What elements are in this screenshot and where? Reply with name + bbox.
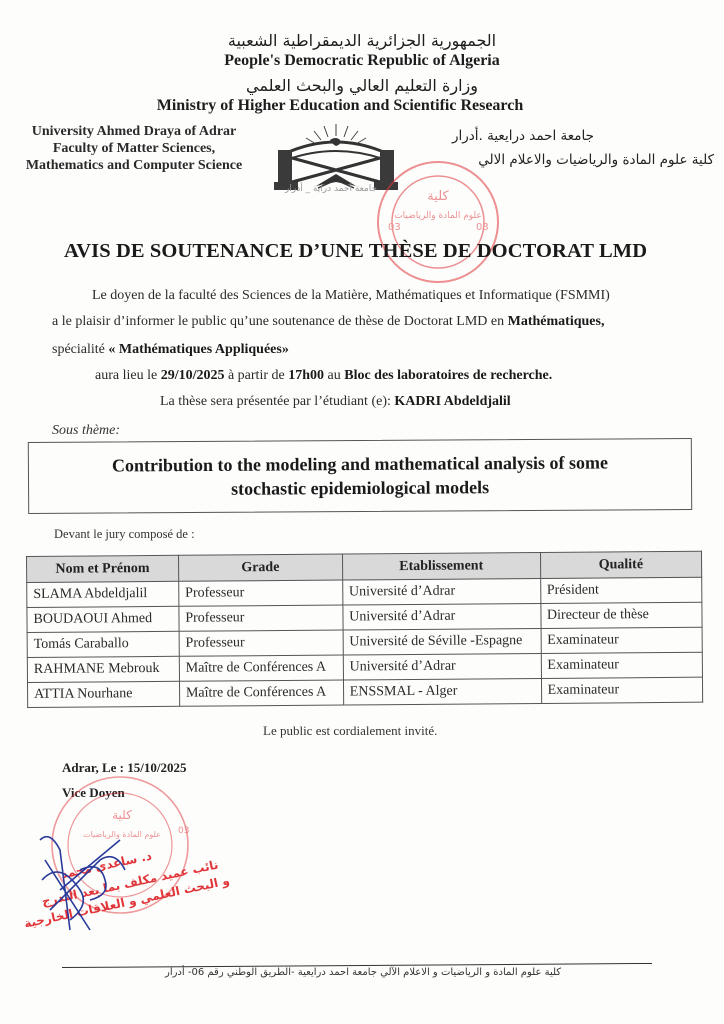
jury-member-establishment: Université d’Adrar (342, 578, 540, 605)
speciality-line: spécialité « Mathématiques Appliquées» (52, 342, 289, 358)
text-span: La thèse sera présentée par l’étudiant (… (160, 394, 394, 409)
column-header-grade: Grade (178, 554, 342, 581)
svg-text:03: 03 (476, 222, 489, 233)
discipline-name: Mathématiques, (508, 314, 605, 329)
thesis-theme-line1: Contribution to the modeling and mathema… (112, 452, 608, 475)
jury-member-grade: Professeur (179, 630, 343, 656)
jury-member-name: BOUDAOUI Ahmed (27, 606, 179, 632)
logo-caption: جامعة أحمد دراية _ أدرار (285, 184, 377, 194)
speciality-name: « Mathématiques Appliquées» (108, 342, 288, 357)
jury-member-name: ATTIA Nourhane (27, 681, 179, 707)
signer-title: Vice Doyen (62, 785, 125, 801)
jury-member-grade: Maître de Conférences A (179, 680, 343, 706)
arabic-university-block: جامعة احمد درايعية .أدرار كلية علوم الما… (364, 124, 664, 172)
faculty-name-line2: Mathematics and Computer Science (14, 157, 254, 174)
column-header-establishment: Etablissement (342, 552, 540, 580)
public-invitation: Le public est cordialement invité. (263, 723, 437, 739)
jury-member-name: SLAMA Abdeldjalil (27, 581, 179, 607)
english-ministry-heading: Ministry of Higher Education and Scienti… (0, 97, 680, 115)
jury-member-establishment: ENSSMAL - Alger (343, 678, 541, 705)
student-line: La thèse sera présentée par l’étudiant (… (160, 394, 511, 410)
intro-paragraph-line2: a le plaisir d’informer le public qu’une… (52, 314, 604, 330)
defense-time: 17h00 (288, 368, 324, 383)
university-name: University Ahmed Draya of Adrar (14, 123, 254, 140)
jury-member-role: Directeur de thèse (540, 602, 702, 628)
document-page: الجمهورية الجزائرية الديمقراطية الشعبية … (0, 0, 724, 1024)
university-faculty-block: University Ahmed Draya of Adrar Faculty … (14, 123, 254, 174)
footer-address: كلية علوم المادة و الرياضيات و الاعلام ا… (165, 967, 561, 978)
column-header-name: Nom et Prénom (27, 555, 179, 582)
jury-member-establishment: Université d’Adrar (343, 653, 541, 680)
svg-text:03: 03 (388, 222, 401, 233)
jury-member-role: Examinateur (541, 677, 703, 703)
arabic-university-name: جامعة احمد درايعية .أدرار (364, 124, 664, 148)
svg-text:كلية: كلية (112, 808, 132, 822)
svg-text:علوم المادة والرياضيات: علوم المادة والرياضيات (83, 830, 161, 839)
jury-member-role: Président (540, 577, 702, 603)
faculty-name-line1: Faculty of Matter Sciences, (14, 140, 254, 157)
defense-date: 29/10/2025 (161, 368, 225, 383)
arabic-ministry-heading: وزارة التعليم العالي والبحث العلمي (0, 76, 724, 95)
student-name: KADRI Abdeldjalil (394, 394, 510, 409)
jury-member-name: RAHMANE Mebrouk (27, 656, 179, 682)
english-republic-heading: People's Democratic Republic of Algeria (0, 52, 724, 70)
sous-theme-label: Sous thème: (52, 423, 120, 439)
jury-member-establishment: Université d’Adrar (343, 603, 541, 630)
jury-table: Nom et Prénom Grade Etablissement Qualit… (26, 551, 703, 708)
thesis-theme: Contribution to the modeling and mathema… (112, 450, 608, 501)
svg-text:03: 03 (178, 826, 189, 836)
jury-member-establishment: Université de Séville -Espagne (343, 628, 541, 655)
text-span: aura lieu le (95, 368, 161, 383)
date-place-line: aura lieu le 29/10/2025 à partir de 17h0… (95, 368, 552, 384)
arabic-republic-heading: الجمهورية الجزائرية الديمقراطية الشعبية (0, 31, 724, 50)
table-row: ATTIA Nourhane Maître de Conférences A E… (27, 677, 702, 707)
thesis-theme-box: Contribution to the modeling and mathema… (28, 438, 692, 514)
stamp-label-faculty: كلية (427, 189, 449, 204)
arabic-faculty-name: كلية علوم المادة والرياضيات والاعلام الا… (364, 148, 714, 172)
issue-date: Adrar, Le : 15/10/2025 (62, 760, 186, 776)
intro-paragraph-line1: Le doyen de la faculté des Sciences de l… (92, 288, 610, 304)
jury-member-name: Tomás Caraballo (27, 631, 179, 657)
jury-member-grade: Maître de Conférences A (179, 655, 343, 681)
jury-member-grade: Professeur (179, 580, 343, 606)
column-header-role: Qualité (540, 551, 702, 578)
text-span: spécialité (52, 342, 108, 357)
jury-intro: Devant le jury composé de : (54, 527, 195, 542)
text-span: à partir de (224, 368, 288, 383)
jury-member-role: Examinateur (541, 652, 703, 678)
svg-text:علوم المادة والرياضيات: علوم المادة والرياضيات (394, 211, 482, 221)
text-span: a le plaisir d’informer le public qu’une… (52, 314, 508, 329)
document-title: AVIS DE SOUTENANCE D’UNE THÈSE DE DOCTOR… (64, 240, 647, 263)
jury-member-role: Examinateur (541, 627, 703, 653)
text-span: au (324, 368, 344, 383)
jury-member-grade: Professeur (179, 605, 343, 631)
thesis-theme-line2: stochastic epidemiological models (231, 477, 489, 499)
defense-place: Bloc des laboratoires de recherche. (344, 368, 552, 383)
